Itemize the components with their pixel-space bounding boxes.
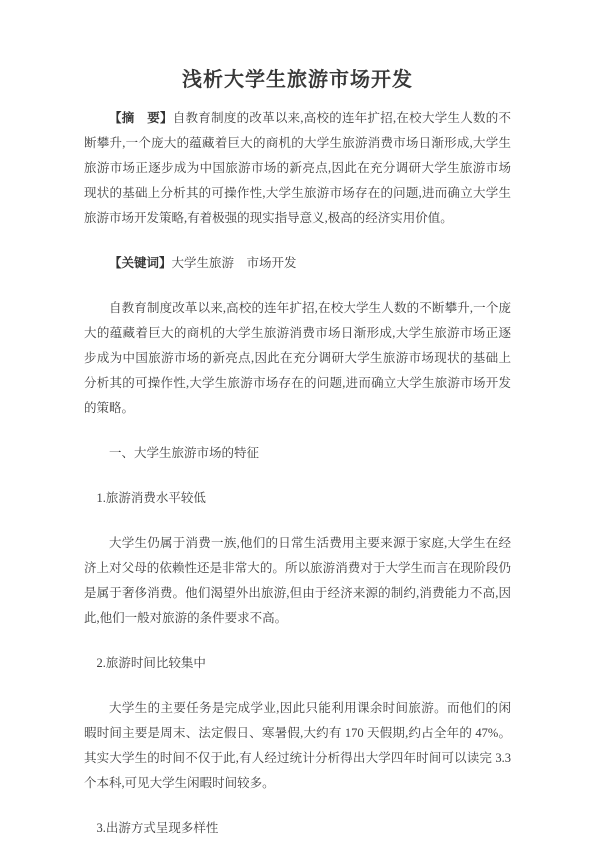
abstract-label: 【摘 要】 — [109, 111, 173, 125]
abstract-text: 自教育制度的改革以来,高校的连年扩招,在校大学生人数的不断攀升,一个庞大的蕴藏着… — [84, 111, 511, 225]
keywords-text: 大学生旅游 市场开发 — [172, 256, 297, 270]
subsection-heading-1: 1.旅游消费水平较低 — [84, 486, 511, 511]
abstract-paragraph: 【摘 要】自教育制度的改革以来,高校的连年扩招,在校大学生人数的不断攀升,一个庞… — [84, 106, 511, 231]
intro-paragraph: 自教育制度改革以来,高校的连年扩招,在校大学生人数的不断攀升,一个庞大的蕴藏着巨… — [84, 296, 511, 421]
subsection-paragraph-2: 大学生的主要任务是完成学业,因此只能利用课余时间旅游。而他们的闲暇时间主要是周末… — [84, 696, 511, 796]
keywords-line: 【关键词】大学生旅游 市场开发 — [84, 251, 511, 276]
document-page: 浅析大学生旅游市场开发 【摘 要】自教育制度的改革以来,高校的连年扩招,在校大学… — [0, 0, 595, 842]
keywords-label: 【关键词】 — [109, 256, 172, 270]
subsection-paragraph-1: 大学生仍属于消费一族,他们的日常生活费用主要来源于家庭,大学生在经济上对父母的依… — [84, 531, 511, 631]
subsection-heading-2: 2.旅游时间比较集中 — [84, 651, 511, 676]
page-title: 浅析大学生旅游市场开发 — [84, 66, 511, 94]
subsection-heading-3: 3.出游方式呈现多样性 — [84, 816, 511, 841]
section-heading-1: 一、大学生旅游市场的特征 — [84, 441, 511, 466]
